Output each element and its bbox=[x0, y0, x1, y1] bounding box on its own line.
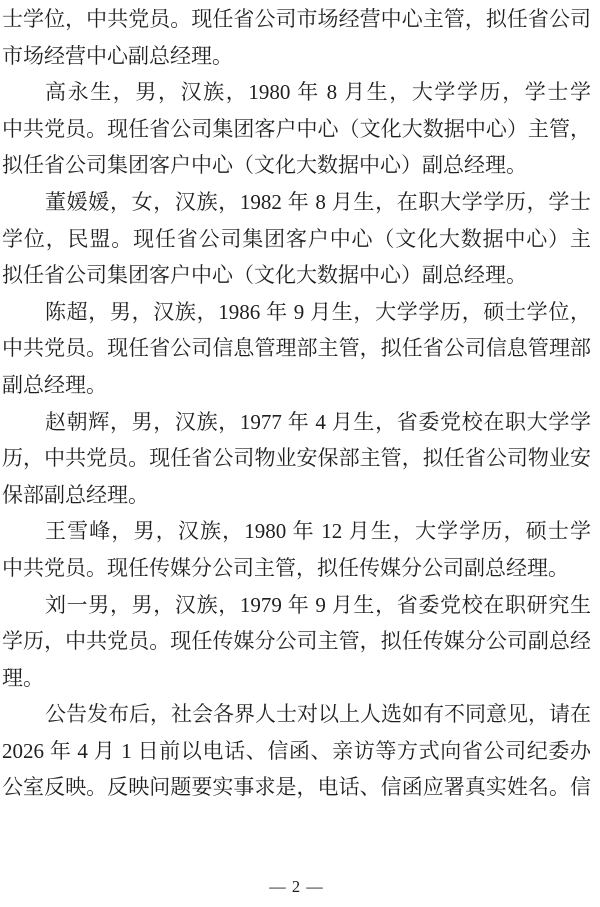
text-line-9: 陈超，男，汉族，1986 年 9 月生，大学学历，硕士学位， bbox=[2, 294, 591, 331]
page-number: — 2 — bbox=[269, 877, 324, 896]
text-line-18: 学历，中共党员。现任传媒分公司主管，拟任传媒分公司副总经 bbox=[2, 623, 591, 660]
text-line-14: 保部副总经理。 bbox=[2, 477, 591, 514]
text-line-16: 中共党员。现任传媒分公司主管，拟任传媒分公司副总经理。 bbox=[2, 550, 591, 587]
text-line-22: 公室反映。反映问题要实事求是，电话、信函应署真实姓名。信 bbox=[2, 769, 591, 806]
document-text-block: 士学位，中共党员。现任省公司市场经营中心主管，拟任省公司市场经营中心副总经理。高… bbox=[2, 1, 591, 806]
text-line-7: 学位，民盟。现任省公司集团客户中心（文化大数据中心）主管， bbox=[2, 221, 591, 258]
text-line-8: 拟任省公司集团客户中心（文化大数据中心）副总经理。 bbox=[2, 257, 591, 294]
text-line-13: 历，中共党员。现任省公司物业安保部主管，拟任省公司物业安 bbox=[2, 440, 591, 477]
document-page: 士学位，中共党员。现任省公司市场经营中心主管，拟任省公司市场经营中心副总经理。高… bbox=[0, 0, 600, 907]
text-line-15: 王雪峰，男，汉族，1980 年 12 月生，大学学历，硕士学位， bbox=[2, 513, 591, 550]
text-line-21: 2026 年 4 月 1 日前以电话、信函、亲访等方式向省公司纪委办 bbox=[2, 733, 591, 770]
text-line-20: 公告发布后，社会各界人士对以上人选如有不同意见，请在 bbox=[2, 696, 591, 733]
text-line-10: 中共党员。现任省公司信息管理部主管，拟任省公司信息管理部 bbox=[2, 330, 591, 367]
text-line-3: 高永生，男，汉族，1980 年 8 月生，大学学历，学士学位， bbox=[2, 74, 591, 111]
text-line-11: 副总经理。 bbox=[2, 367, 591, 404]
text-line-4: 中共党员。现任省公司集团客户中心（文化大数据中心）主管， bbox=[2, 111, 591, 148]
text-line-12: 赵朝辉，男，汉族，1977 年 4 月生，省委党校在职大学学 bbox=[2, 404, 591, 441]
text-line-17: 刘一男，男，汉族，1979 年 9 月生，省委党校在职研究生 bbox=[2, 587, 591, 624]
text-line-2: 市场经营中心副总经理。 bbox=[2, 38, 591, 75]
text-line-1: 士学位，中共党员。现任省公司市场经营中心主管，拟任省公司 bbox=[2, 1, 591, 38]
text-line-5: 拟任省公司集团客户中心（文化大数据中心）副总经理。 bbox=[2, 147, 591, 184]
page-footer: — 2 — bbox=[2, 877, 591, 897]
text-line-19: 理。 bbox=[2, 660, 591, 697]
text-line-6: 董媛媛，女，汉族，1982 年 8 月生，在职大学学历，学士 bbox=[2, 184, 591, 221]
